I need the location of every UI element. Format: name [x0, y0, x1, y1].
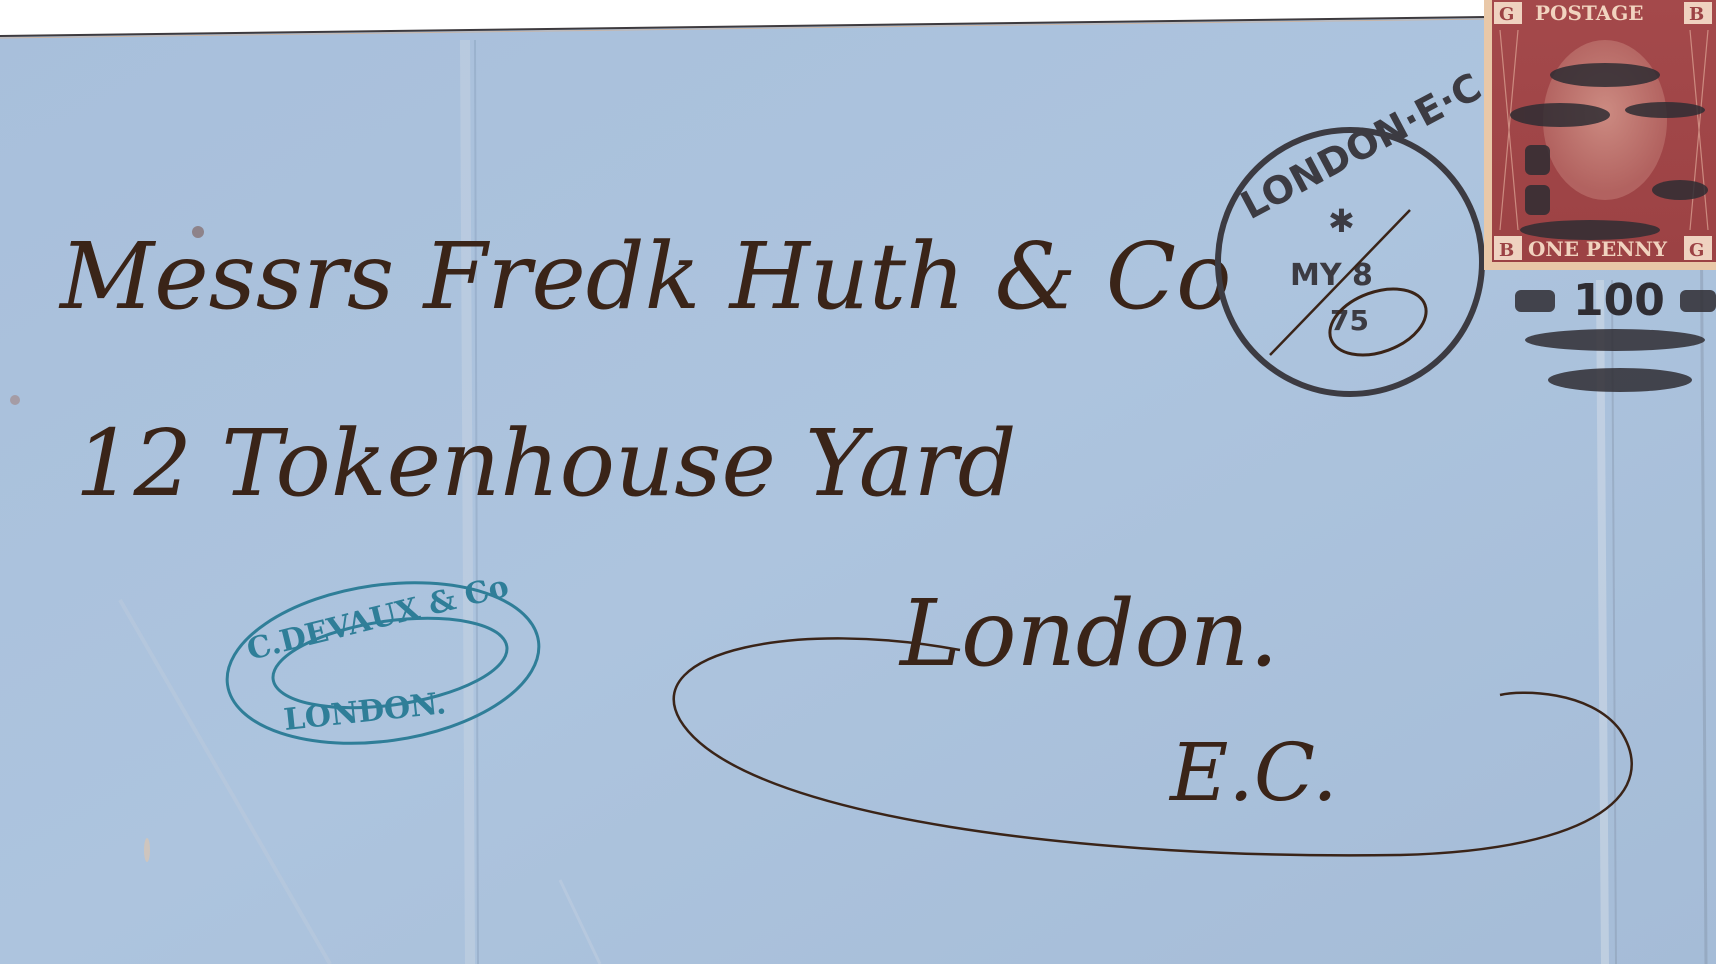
address-line-2: 12 Tokenhouse Yard	[75, 410, 1016, 517]
postmark-year: 75	[1330, 304, 1369, 337]
svg-text:B: B	[1689, 4, 1704, 25]
postmark-date: MY 8	[1290, 258, 1373, 293]
address-line-1: Messrs Fredk Huth & Co	[58, 223, 1232, 330]
stamp-bottom-label: ONE PENNY	[1528, 237, 1668, 261]
address-line-4: E.C.	[1168, 726, 1338, 819]
svg-text:G: G	[1689, 240, 1704, 261]
cancel-number: 100	[1573, 275, 1665, 326]
envelope-illustration: Messrs Fredk Huth & Co 12 Tokenhouse Yar…	[0, 0, 1716, 964]
address-line-3: London.	[898, 580, 1279, 687]
cover-envelope: Messrs Fredk Huth & Co 12 Tokenhouse Yar…	[0, 0, 1716, 964]
stamp-top-label: POSTAGE	[1535, 1, 1644, 25]
penny-red-stamp: G B B G POSTAGE ONE PENNY	[1484, 0, 1716, 270]
svg-text:G: G	[1499, 4, 1514, 25]
postmark-star: ✱	[1328, 202, 1355, 240]
svg-text:B: B	[1499, 240, 1514, 261]
